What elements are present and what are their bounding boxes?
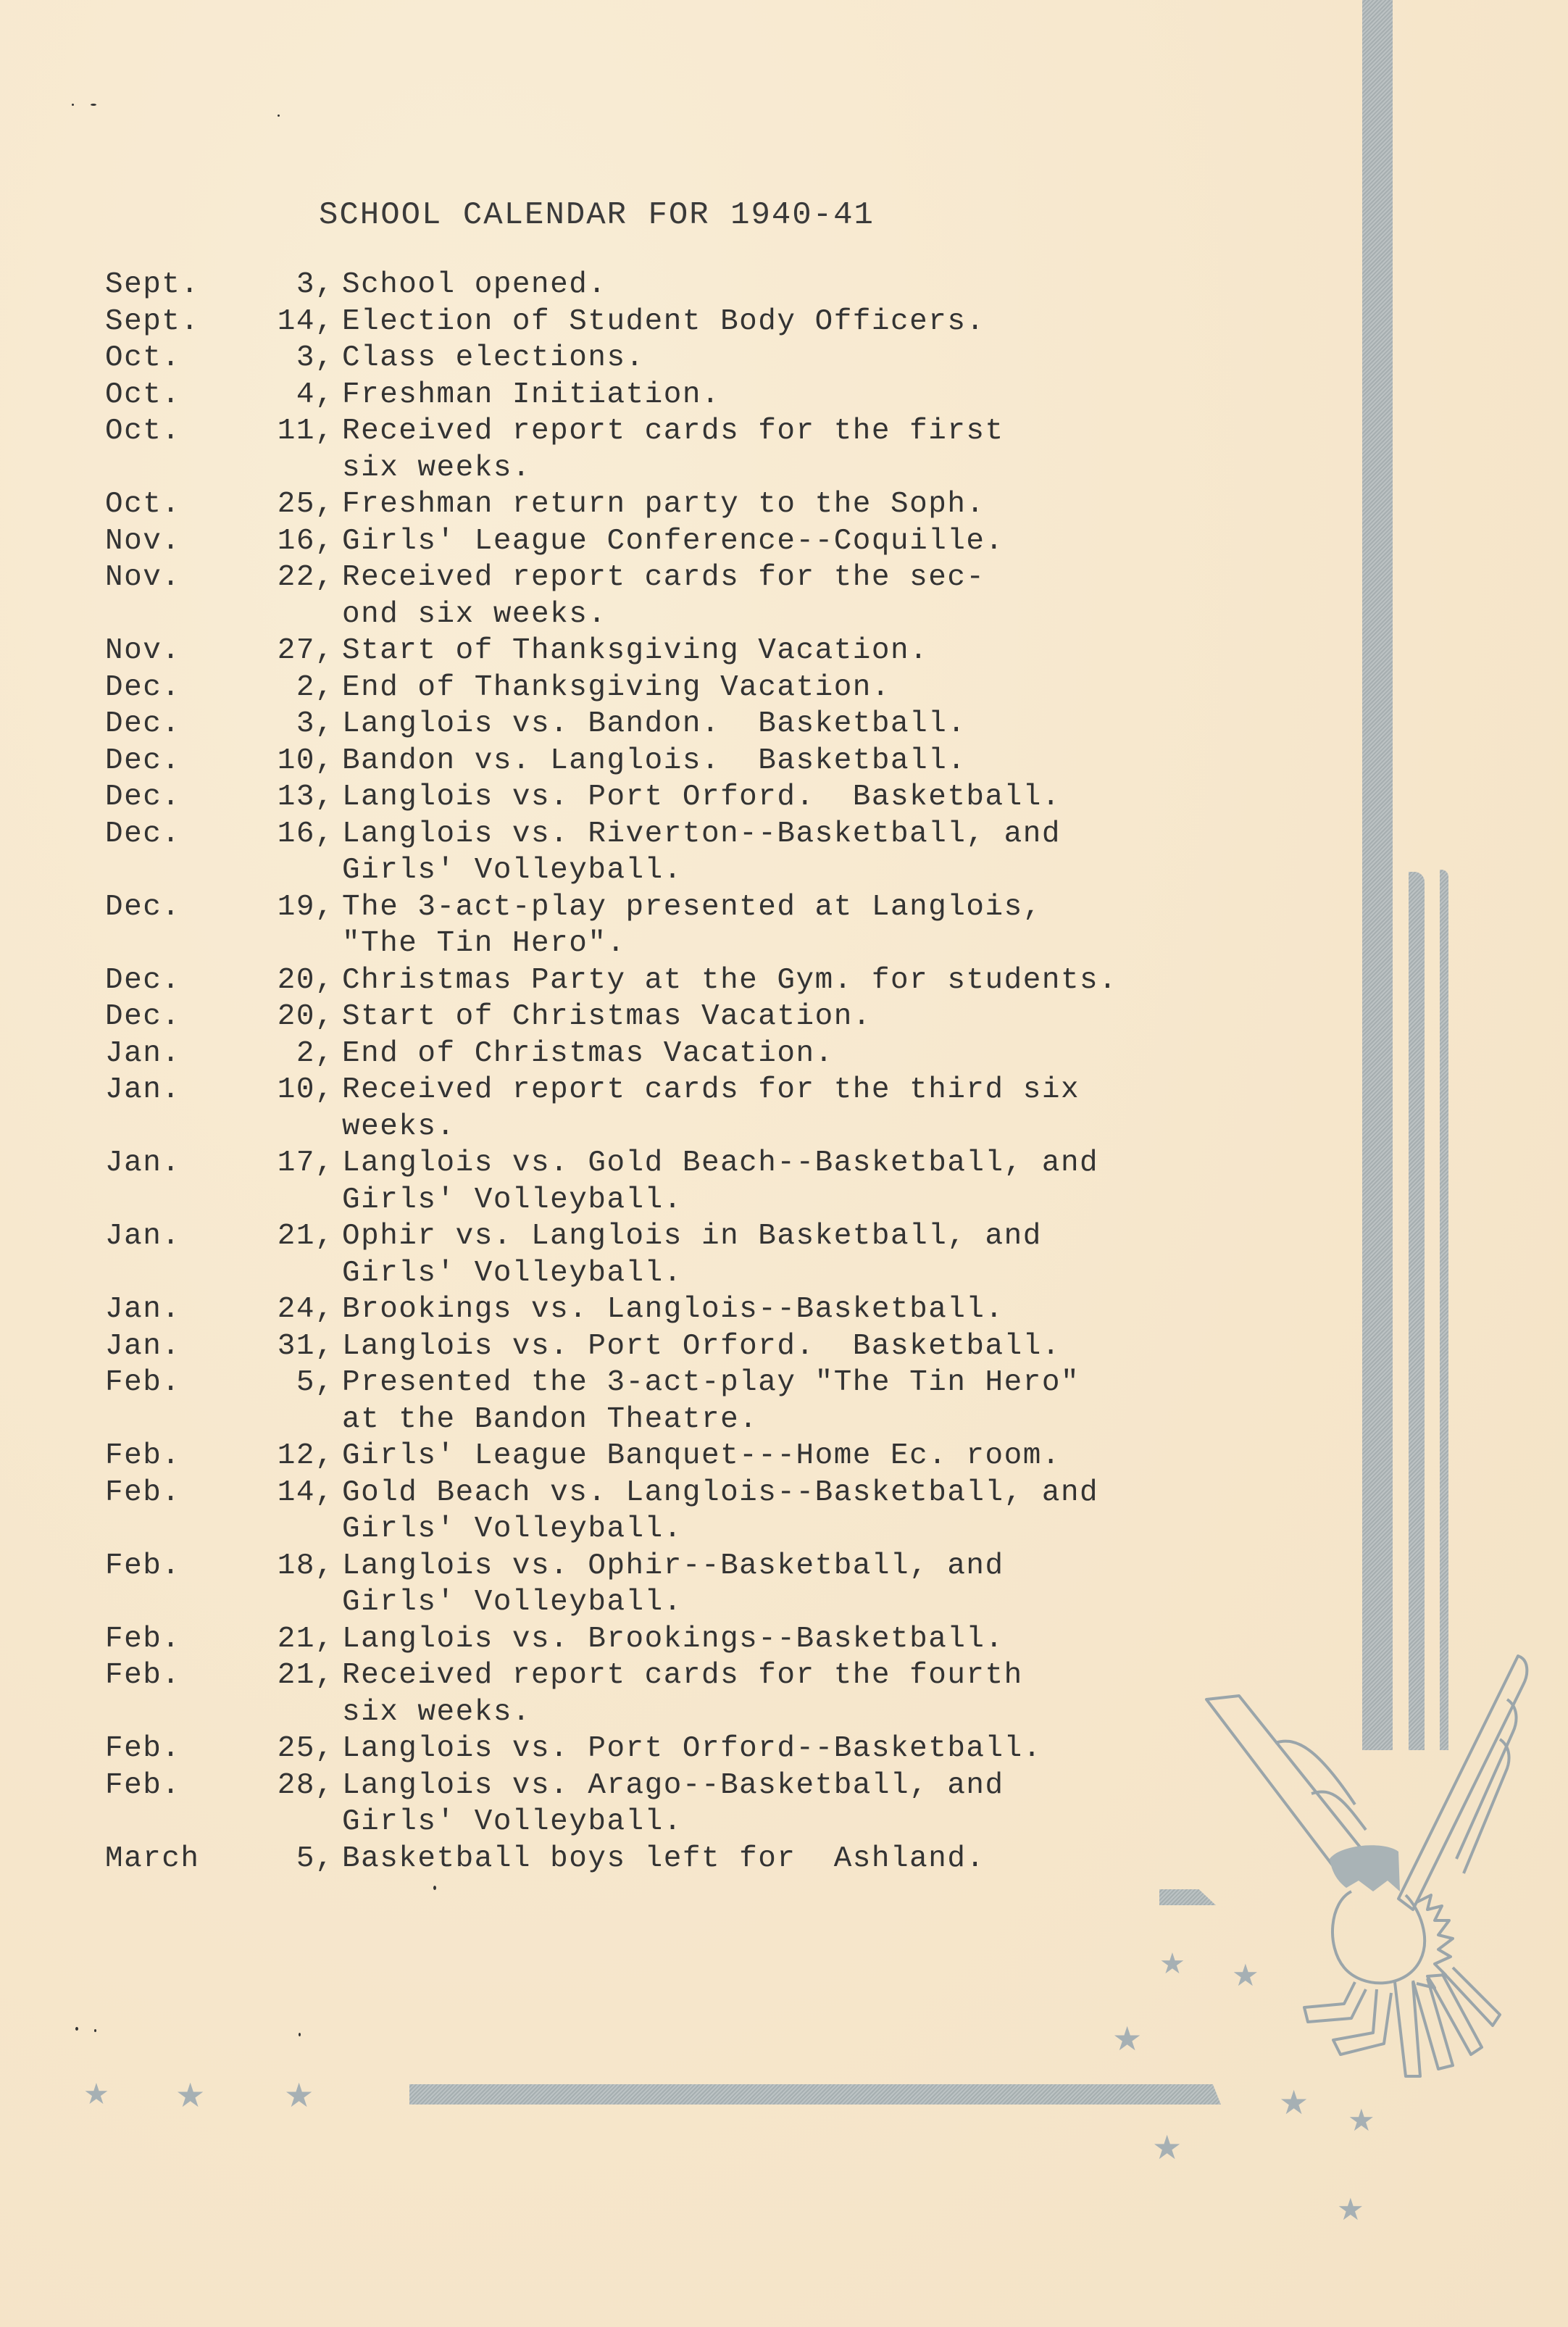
entry-month: Feb. xyxy=(105,1475,235,1512)
entry-event: Langlois vs. Riverton--Basketball, andGi… xyxy=(342,816,1264,889)
entry-event: Langlois vs. Port Orford--Basketball. xyxy=(342,1731,1264,1768)
entry-event: End of Thanksgiving Vacation. xyxy=(342,670,1264,707)
entry-event: Langlois vs. Arago--Basketball, andGirls… xyxy=(342,1768,1264,1841)
entry-event: End of Christmas Vacation. xyxy=(342,1036,1264,1073)
entry-date: Dec.20, xyxy=(105,962,342,999)
event-text-line: Girls' League Banquet---Home Ec. room. xyxy=(342,1438,1264,1475)
entry-day: 16 xyxy=(235,816,315,853)
entry-month: Feb. xyxy=(105,1768,235,1804)
entry-month: Dec. xyxy=(105,962,235,999)
calendar-entry: Feb.12,Girls' League Banquet---Home Ec. … xyxy=(105,1438,1264,1475)
entry-day: 21 xyxy=(235,1657,315,1694)
entry-day: 28 xyxy=(235,1768,315,1804)
entry-month: Oct. xyxy=(105,413,235,450)
event-text-line: Bandon vs. Langlois. Basketball. xyxy=(342,743,1264,780)
calendar-entry: Dec.2,End of Thanksgiving Vacation. xyxy=(105,670,1264,707)
entry-month: Jan. xyxy=(105,1072,235,1109)
calendar-entry: Jan.24,Brookings vs. Langlois--Basketbal… xyxy=(105,1291,1264,1328)
star-icon: ★ xyxy=(1337,2194,1364,2225)
date-separator: , xyxy=(315,962,334,999)
entry-day: 25 xyxy=(235,486,315,523)
event-text-line: Ophir vs. Langlois in Basketball, and xyxy=(342,1218,1264,1255)
event-text-line: Received report cards for the first xyxy=(342,413,1264,450)
date-separator: , xyxy=(315,1328,334,1365)
event-text-line: Received report cards for the sec- xyxy=(342,559,1264,596)
date-separator: , xyxy=(315,816,334,853)
event-text-line: six weeks. xyxy=(342,450,1264,487)
entry-day: 3 xyxy=(235,267,315,304)
entry-date: Nov.22, xyxy=(105,559,342,596)
event-text-line: Girls' Volleyball. xyxy=(342,852,1264,889)
entry-day: 3 xyxy=(235,706,315,743)
entry-month: Dec. xyxy=(105,999,235,1036)
calendar-entry: Nov.16,Girls' League Conference--Coquill… xyxy=(105,523,1264,560)
entry-date: Feb.28, xyxy=(105,1768,342,1804)
entry-event: The 3-act-play presented at Langlois,"Th… xyxy=(342,889,1264,962)
entry-event: Received report cards for the fourthsix … xyxy=(342,1657,1264,1731)
date-separator: , xyxy=(315,1036,334,1073)
entry-month: Dec. xyxy=(105,670,235,707)
event-text-line: Start of Thanksgiving Vacation. xyxy=(342,633,1264,670)
event-text-line: Langlois vs. Ophir--Basketball, and xyxy=(342,1548,1264,1585)
entry-day: 25 xyxy=(235,1731,315,1768)
entry-day: 2 xyxy=(235,1036,315,1073)
entry-month: Feb. xyxy=(105,1657,235,1694)
entry-day: 24 xyxy=(235,1291,315,1328)
entry-month: Oct. xyxy=(105,486,235,523)
event-text-line: Langlois vs. Gold Beach--Basketball, and xyxy=(342,1145,1264,1182)
entry-day: 14 xyxy=(235,1475,315,1512)
horizontal-stripe xyxy=(409,2084,1221,2105)
date-separator: , xyxy=(315,1475,334,1512)
entry-month: Jan. xyxy=(105,1291,235,1328)
entry-month: Jan. xyxy=(105,1218,235,1255)
calendar-entry: Dec.20,Start of Christmas Vacation. xyxy=(105,999,1264,1036)
event-text-line: Girls' Volleyball. xyxy=(342,1804,1264,1841)
entry-event: Basketball boys left for Ashland. xyxy=(342,1841,1264,1878)
date-separator: , xyxy=(315,1768,334,1804)
entry-date: Jan.31, xyxy=(105,1328,342,1365)
entry-event: Class elections. xyxy=(342,340,1264,377)
entry-event: Presented the 3-act-play "The Tin Hero"a… xyxy=(342,1365,1264,1438)
entry-event: Langlois vs. Gold Beach--Basketball, and… xyxy=(342,1145,1264,1218)
entry-event: Election of Student Body Officers. xyxy=(342,304,1264,341)
calendar-entry: Feb.21,Langlois vs. Brookings--Basketbal… xyxy=(105,1621,1264,1658)
entry-event: Freshman return party to the Soph. xyxy=(342,486,1264,523)
calendar-entry: Feb.25,Langlois vs. Port Orford--Basketb… xyxy=(105,1731,1264,1768)
calendar-entry: Sept.3,School opened. xyxy=(105,267,1264,304)
entry-day: 20 xyxy=(235,999,315,1036)
entry-date: Feb.14, xyxy=(105,1475,342,1512)
date-separator: , xyxy=(315,1731,334,1768)
entry-day: 2 xyxy=(235,670,315,707)
entry-month: Dec. xyxy=(105,889,235,926)
entry-day: 11 xyxy=(235,413,315,450)
entry-day: 12 xyxy=(235,1438,315,1475)
event-text-line: End of Christmas Vacation. xyxy=(342,1036,1264,1073)
event-text-line: Langlois vs. Port Orford. Basketball. xyxy=(342,1328,1264,1365)
vertical-stripe-wide xyxy=(1362,0,1393,1750)
entry-month: Dec. xyxy=(105,706,235,743)
entry-event: Girls' League Banquet---Home Ec. room. xyxy=(342,1438,1264,1475)
date-separator: , xyxy=(315,1291,334,1328)
date-separator: , xyxy=(315,413,334,450)
entry-event: Christmas Party at the Gym. for students… xyxy=(342,962,1264,999)
calendar-entry: Feb.21,Received report cards for the fou… xyxy=(105,1657,1264,1731)
star-icon: ★ xyxy=(1232,1960,1259,1991)
entry-date: March5, xyxy=(105,1841,342,1878)
event-text-line: Langlois vs. Port Orford. Basketball. xyxy=(342,779,1264,816)
entry-month: Feb. xyxy=(105,1731,235,1768)
event-text-line: School opened. xyxy=(342,267,1264,304)
event-text-line: Presented the 3-act-play "The Tin Hero" xyxy=(342,1365,1264,1402)
event-text-line: Girls' Volleyball. xyxy=(342,1584,1264,1621)
star-icon: ★ xyxy=(1279,2086,1309,2119)
date-separator: , xyxy=(315,670,334,707)
entry-month: March xyxy=(105,1841,235,1878)
date-separator: , xyxy=(315,889,334,926)
entry-month: Jan. xyxy=(105,1036,235,1073)
date-separator: , xyxy=(315,779,334,816)
entry-day: 5 xyxy=(235,1365,315,1402)
event-text-line: Class elections. xyxy=(342,340,1264,377)
event-text-line: Start of Christmas Vacation. xyxy=(342,999,1264,1036)
entry-event: Langlois vs. Bandon. Basketball. xyxy=(342,706,1264,743)
entry-date: Oct.25, xyxy=(105,486,342,523)
entry-month: Sept. xyxy=(105,304,235,341)
entry-date: Dec.20, xyxy=(105,999,342,1036)
event-text-line: ond six weeks. xyxy=(342,596,1264,633)
entry-month: Dec. xyxy=(105,779,235,816)
entry-date: Nov.27, xyxy=(105,633,342,670)
calendar-entry: Oct.25,Freshman return party to the Soph… xyxy=(105,486,1264,523)
entry-event: Received report cards for the sec-ond si… xyxy=(342,559,1264,633)
entry-date: Sept.3, xyxy=(105,267,342,304)
entry-month: Feb. xyxy=(105,1365,235,1402)
event-text-line: Langlois vs. Arago--Basketball, and xyxy=(342,1768,1264,1804)
entry-month: Jan. xyxy=(105,1145,235,1182)
event-text-line: Christmas Party at the Gym. for students… xyxy=(342,962,1264,999)
entry-date: Dec.2, xyxy=(105,670,342,707)
ink-speck xyxy=(75,2027,78,2031)
event-text-line: Girls' Volleyball. xyxy=(342,1511,1264,1548)
entry-month: Nov. xyxy=(105,523,235,560)
date-separator: , xyxy=(315,743,334,780)
entry-date: Dec.3, xyxy=(105,706,342,743)
calendar-entry: March5,Basketball boys left for Ashland. xyxy=(105,1841,1264,1878)
entry-event: Brookings vs. Langlois--Basketball. xyxy=(342,1291,1264,1328)
entry-event: School opened. xyxy=(342,267,1264,304)
entry-date: Jan.24, xyxy=(105,1291,342,1328)
event-text-line: End of Thanksgiving Vacation. xyxy=(342,670,1264,707)
entry-date: Dec.19, xyxy=(105,889,342,926)
event-text-line: Freshman return party to the Soph. xyxy=(342,486,1264,523)
entry-day: 19 xyxy=(235,889,315,926)
calendar-entry: Feb.18,Langlois vs. Ophir--Basketball, a… xyxy=(105,1548,1264,1621)
ink-speck xyxy=(72,104,74,106)
entry-day: 4 xyxy=(235,377,315,414)
star-icon: ★ xyxy=(83,2080,109,2109)
date-separator: , xyxy=(315,486,334,523)
star-icon: ★ xyxy=(1348,2105,1375,2136)
entry-day: 21 xyxy=(235,1218,315,1255)
entry-date: Nov.16, xyxy=(105,523,342,560)
entry-day: 14 xyxy=(235,304,315,341)
entry-date: Feb.12, xyxy=(105,1438,342,1475)
date-separator: , xyxy=(315,1218,334,1255)
event-text-line: Received report cards for the fourth xyxy=(342,1657,1264,1694)
entry-event: Bandon vs. Langlois. Basketball. xyxy=(342,743,1264,780)
entry-event: Langlois vs. Brookings--Basketball. xyxy=(342,1621,1264,1658)
date-separator: , xyxy=(315,267,334,304)
entry-month: Oct. xyxy=(105,340,235,377)
entry-event: Received report cards for the firstsix w… xyxy=(342,413,1264,486)
entry-event: Received report cards for the third sixw… xyxy=(342,1072,1264,1145)
date-separator: , xyxy=(315,1657,334,1694)
entry-event: Freshman Initiation. xyxy=(342,377,1264,414)
star-icon: ★ xyxy=(1112,2022,1142,2055)
entry-day: 27 xyxy=(235,633,315,670)
entry-month: Feb. xyxy=(105,1548,235,1585)
calendar-entry: Jan.17,Langlois vs. Gold Beach--Basketba… xyxy=(105,1145,1264,1218)
entry-date: Oct.11, xyxy=(105,413,342,450)
entry-day: 18 xyxy=(235,1548,315,1585)
entry-event: Start of Christmas Vacation. xyxy=(342,999,1264,1036)
entry-date: Feb.18, xyxy=(105,1548,342,1585)
event-text-line: Langlois vs. Riverton--Basketball, and xyxy=(342,816,1264,853)
entry-month: Oct. xyxy=(105,377,235,414)
date-separator: , xyxy=(315,1145,334,1182)
calendar-entry: Dec.13,Langlois vs. Port Orford. Basketb… xyxy=(105,779,1264,816)
entry-date: Jan.21, xyxy=(105,1218,342,1255)
date-separator: , xyxy=(315,559,334,596)
entry-day: 10 xyxy=(235,1072,315,1109)
entry-day: 13 xyxy=(235,779,315,816)
event-text-line: Basketball boys left for Ashland. xyxy=(342,1841,1264,1878)
ink-speck xyxy=(299,2033,301,2036)
entry-day: 21 xyxy=(235,1621,315,1658)
calendar-entry: Feb.5,Presented the 3-act-play "The Tin … xyxy=(105,1365,1264,1438)
event-text-line: Langlois vs. Bandon. Basketball. xyxy=(342,706,1264,743)
calendar-entry: Dec.10,Bandon vs. Langlois. Basketball. xyxy=(105,743,1264,780)
event-text-line: Langlois vs. Port Orford--Basketball. xyxy=(342,1731,1264,1768)
entry-date: Sept.14, xyxy=(105,304,342,341)
date-separator: , xyxy=(315,340,334,377)
calendar-entry: Dec.19,The 3-act-play presented at Langl… xyxy=(105,889,1264,962)
entry-month: Dec. xyxy=(105,743,235,780)
entry-day: 5 xyxy=(235,1841,315,1878)
entry-day: 10 xyxy=(235,743,315,780)
entry-month: Jan. xyxy=(105,1328,235,1365)
vertical-stripe-medium xyxy=(1409,872,1425,1750)
entry-date: Dec.10, xyxy=(105,743,342,780)
date-separator: , xyxy=(315,1548,334,1585)
ink-speck xyxy=(278,115,280,117)
date-separator: , xyxy=(315,633,334,670)
entry-month: Feb. xyxy=(105,1621,235,1658)
ink-speck xyxy=(94,2029,96,2032)
event-text-line: Girls' Volleyball. xyxy=(342,1182,1264,1219)
entry-event: Langlois vs. Port Orford. Basketball. xyxy=(342,1328,1264,1365)
entry-event: Langlois vs. Port Orford. Basketball. xyxy=(342,779,1264,816)
calendar-entry: Dec.16,Langlois vs. Riverton--Basketball… xyxy=(105,816,1264,889)
entry-day: 16 xyxy=(235,523,315,560)
entry-date: Jan.17, xyxy=(105,1145,342,1182)
event-text-line: Gold Beach vs. Langlois--Basketball, and xyxy=(342,1475,1264,1512)
star-icon: ★ xyxy=(284,2078,314,2112)
entry-day: 31 xyxy=(235,1328,315,1365)
date-separator: , xyxy=(315,999,334,1036)
calendar-entry: Feb.14,Gold Beach vs. Langlois--Basketba… xyxy=(105,1475,1264,1548)
entry-month: Sept. xyxy=(105,267,235,304)
entry-day: 20 xyxy=(235,962,315,999)
star-icon: ★ xyxy=(175,2078,205,2112)
date-separator: , xyxy=(315,377,334,414)
entry-date: Feb.25, xyxy=(105,1731,342,1768)
event-text-line: weeks. xyxy=(342,1109,1264,1146)
event-text-line: at the Bandon Theatre. xyxy=(342,1402,1264,1439)
calendar-entry: Dec.20,Christmas Party at the Gym. for s… xyxy=(105,962,1264,999)
calendar-entry: Oct.11,Received report cards for the fir… xyxy=(105,413,1264,486)
entry-event: Langlois vs. Ophir--Basketball, andGirls… xyxy=(342,1548,1264,1621)
entry-date: Feb.5, xyxy=(105,1365,342,1402)
entry-day: 3 xyxy=(235,340,315,377)
calendar-entry: Oct.3,Class elections. xyxy=(105,340,1264,377)
date-separator: , xyxy=(315,304,334,341)
event-text-line: The 3-act-play presented at Langlois, xyxy=(342,889,1264,926)
calendar-entries: Sept.3,School opened.Sept.14,Election of… xyxy=(105,267,1264,1877)
date-separator: , xyxy=(315,1621,334,1658)
calendar-page: ★ ★ ★ ★ ★ ★ ★ ★ ★ ★ SCHOOL CALENDAR FOR … xyxy=(0,0,1568,2327)
page-title: SCHOOL CALENDAR FOR 1940-41 xyxy=(319,197,875,233)
date-separator: , xyxy=(315,706,334,743)
calendar-entry: Dec.3,Langlois vs. Bandon. Basketball. xyxy=(105,706,1264,743)
entry-date: Dec.13, xyxy=(105,779,342,816)
calendar-entry: Jan.10,Received report cards for the thi… xyxy=(105,1072,1264,1145)
calendar-entry: Jan.21,Ophir vs. Langlois in Basketball,… xyxy=(105,1218,1264,1291)
calendar-entry: Jan.2,End of Christmas Vacation. xyxy=(105,1036,1264,1073)
entry-date: Dec.16, xyxy=(105,816,342,853)
event-text-line: Girls' Volleyball. xyxy=(342,1255,1264,1292)
entry-event: Ophir vs. Langlois in Basketball, andGir… xyxy=(342,1218,1264,1291)
ink-speck xyxy=(91,104,96,106)
entry-day: 17 xyxy=(235,1145,315,1182)
calendar-entry: Oct.4,Freshman Initiation. xyxy=(105,377,1264,414)
date-separator: , xyxy=(315,1841,334,1878)
date-separator: , xyxy=(315,1072,334,1109)
entry-date: Oct.4, xyxy=(105,377,342,414)
entry-month: Nov. xyxy=(105,633,235,670)
event-text-line: Freshman Initiation. xyxy=(342,377,1264,414)
ink-speck xyxy=(433,1886,436,1890)
calendar-entry: Jan.31,Langlois vs. Port Orford. Basketb… xyxy=(105,1328,1264,1365)
event-text-line: Election of Student Body Officers. xyxy=(342,304,1264,341)
entry-month: Feb. xyxy=(105,1438,235,1475)
date-separator: , xyxy=(315,1438,334,1475)
calendar-entry: Feb.28,Langlois vs. Arago--Basketball, a… xyxy=(105,1768,1264,1841)
event-text-line: Girls' League Conference--Coquille. xyxy=(342,523,1264,560)
date-separator: , xyxy=(315,523,334,560)
event-text-line: "The Tin Hero". xyxy=(342,925,1264,962)
date-separator: , xyxy=(315,1365,334,1402)
entry-date: Jan.2, xyxy=(105,1036,342,1073)
calendar-entry: Nov.22,Received report cards for the sec… xyxy=(105,559,1264,633)
entry-event: Girls' League Conference--Coquille. xyxy=(342,523,1264,560)
entry-date: Feb.21, xyxy=(105,1657,342,1694)
entry-day: 22 xyxy=(235,559,315,596)
entry-date: Oct.3, xyxy=(105,340,342,377)
event-text-line: Received report cards for the third six xyxy=(342,1072,1264,1109)
event-text-line: six weeks. xyxy=(342,1694,1264,1731)
star-icon: ★ xyxy=(1152,2131,1182,2164)
entry-month: Nov. xyxy=(105,559,235,596)
event-text-line: Langlois vs. Brookings--Basketball. xyxy=(342,1621,1264,1658)
star-icon: ★ xyxy=(1159,1949,1185,1978)
calendar-entry: Sept.14,Election of Student Body Officer… xyxy=(105,304,1264,341)
entry-event: Gold Beach vs. Langlois--Basketball, and… xyxy=(342,1475,1264,1548)
entry-month: Dec. xyxy=(105,816,235,853)
vertical-stripe-thin xyxy=(1440,870,1448,1750)
event-text-line: Brookings vs. Langlois--Basketball. xyxy=(342,1291,1264,1328)
entry-date: Jan.10, xyxy=(105,1072,342,1109)
calendar-entry: Nov.27,Start of Thanksgiving Vacation. xyxy=(105,633,1264,670)
entry-date: Feb.21, xyxy=(105,1621,342,1658)
entry-event: Start of Thanksgiving Vacation. xyxy=(342,633,1264,670)
